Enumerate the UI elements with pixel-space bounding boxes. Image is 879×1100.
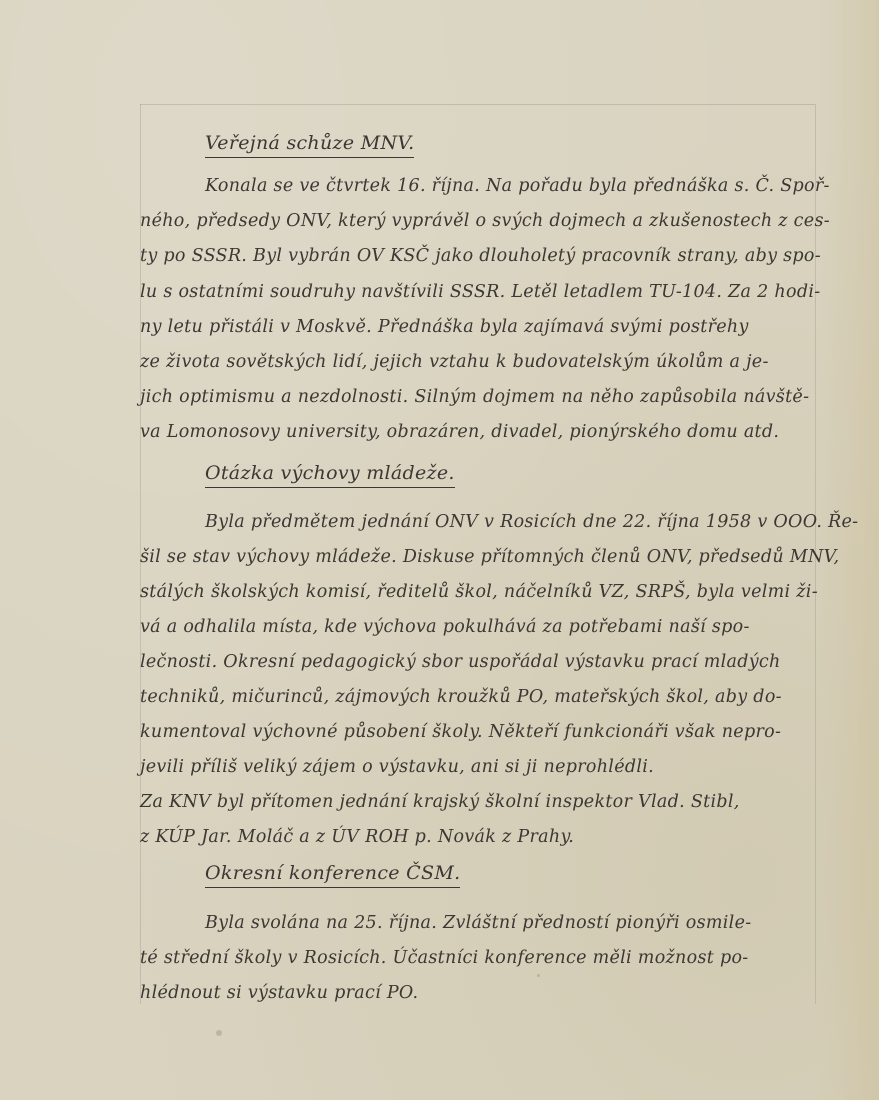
text-line: jich optimismu a nezdolnosti. Silným doj… bbox=[140, 389, 820, 407]
text-line: Byla svolána na 25. října. Zvláštní před… bbox=[205, 915, 820, 933]
text-line: lu s ostatními soudruhy navštívili SSSR.… bbox=[140, 284, 820, 302]
paper-stain bbox=[537, 974, 540, 977]
text-line: šil se stav výchovy mládeže. Diskuse pří… bbox=[140, 549, 820, 567]
text-line: stálých školských komisí, ředitelů škol,… bbox=[140, 584, 820, 602]
text-line: ny letu přistáli v Moskvě. Přednáška byl… bbox=[140, 319, 820, 337]
text-line: ného, předsedy ONV, který vyprávěl o svý… bbox=[140, 213, 820, 231]
section-heading-youth-education: Otázka výchovy mládeže. bbox=[205, 462, 455, 488]
paper-stain bbox=[216, 1030, 222, 1036]
text-line: Za KNV byl přítomen jednání krajský škol… bbox=[140, 794, 820, 812]
text-line: Konala se ve čtvrtek 16. října. Na pořad… bbox=[205, 178, 820, 196]
section-heading-public-meeting: Veřejná schůze MNV. bbox=[205, 132, 414, 158]
section-heading-csm-conference: Okresní konference ČSM. bbox=[205, 862, 460, 888]
text-line: vá a odhalila místa, kde výchova pokulhá… bbox=[140, 619, 820, 637]
text-line: va Lomonosovy university, obrazáren, div… bbox=[140, 424, 820, 442]
text-line: lečnosti. Okresní pedagogický sbor uspoř… bbox=[140, 654, 820, 672]
text-line: techniků, mičurinců, zájmových kroužků P… bbox=[140, 689, 820, 707]
ruled-margin-top bbox=[140, 104, 815, 105]
text-line: Byla předmětem jednání ONV v Rosicích dn… bbox=[205, 514, 820, 532]
text-line: hlédnout si výstavku prací PO. bbox=[140, 985, 820, 1003]
text-line: ze života sovětských lidí, jejich vztahu… bbox=[140, 354, 820, 372]
text-line: ty po SSSR. Byl vybrán OV KSČ jako dlouh… bbox=[140, 248, 820, 266]
text-line: z KÚP Jar. Moláč a z ÚV ROH p. Novák z P… bbox=[140, 829, 820, 847]
text-line: té střední školy v Rosicích. Účastníci k… bbox=[140, 950, 820, 968]
manuscript-page: Veřejná schůze MNV. Konala se ve čtvrtek… bbox=[0, 0, 879, 1100]
text-line: kumentoval výchovné působení školy. Někt… bbox=[140, 724, 820, 742]
text-line: jevili příliš veliký zájem o výstavku, a… bbox=[140, 759, 820, 777]
